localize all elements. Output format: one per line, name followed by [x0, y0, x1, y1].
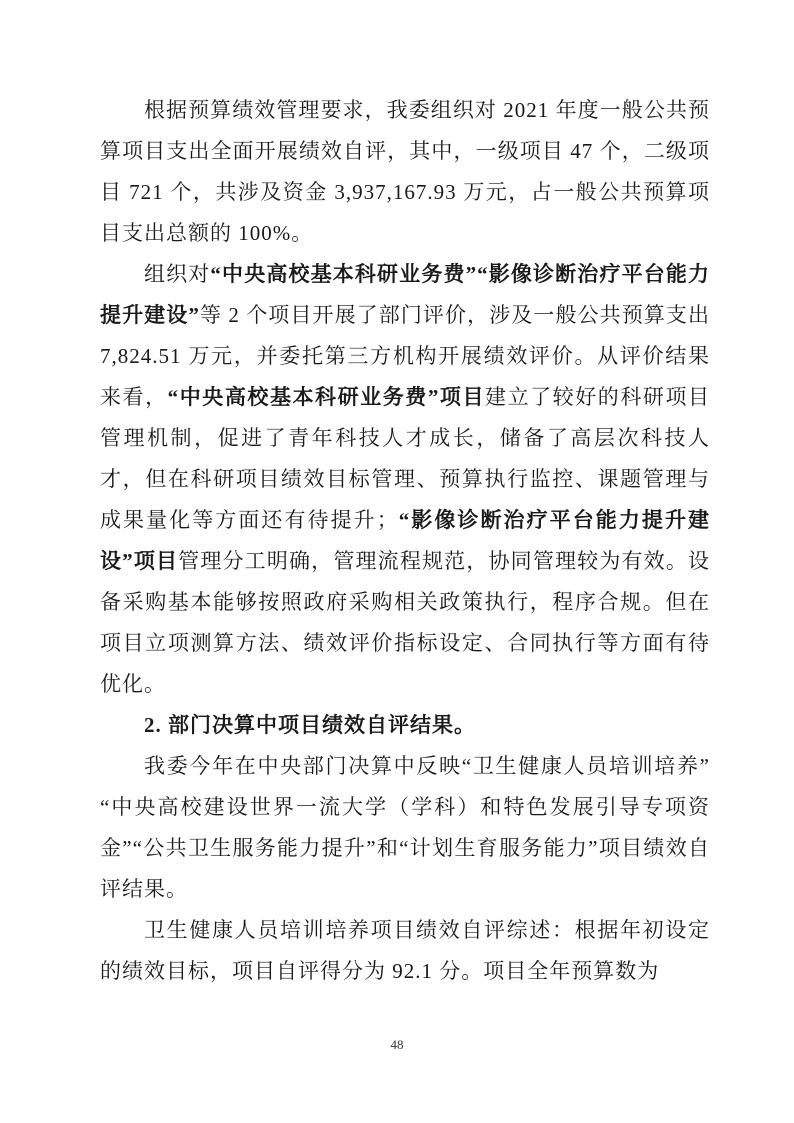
heading-text: 2. 部门决算中项目绩效自评结果。 — [144, 713, 476, 737]
paragraph-department-evaluation: 组织对“中央高校基本科研业务费”“影像诊断治疗平台能力提升建设”等 2 个项目开… — [100, 254, 710, 705]
page-number: 48 — [0, 1036, 794, 1054]
text-run: 根据预算绩效管理要求，我委组织对 2021 年度一般公共预算项目支出全面开展绩效… — [100, 98, 710, 245]
paragraph-overall-self-evaluation: 根据预算绩效管理要求，我委组织对 2021 年度一般公共预算项目支出全面开展绩效… — [100, 90, 710, 254]
document-body: 根据预算绩效管理要求，我委组织对 2021 年度一般公共预算项目支出全面开展绩效… — [100, 90, 710, 992]
text-run-bold-research-fund-project: “中央高校基本科研业务费”项目 — [168, 385, 485, 409]
text-run: 卫生健康人员培训培养项目绩效自评综述：根据年初设定的绩效目标，项目自评得分为 9… — [100, 918, 710, 983]
text-run: 我委今年在中央部门决算中反映“卫生健康人员培训培养”“中央高校建设世界一流大学（… — [100, 754, 710, 901]
text-run: 管理分工明确，管理流程规范，协同管理较为有效。设备采购基本能够按照政府采购相关政… — [100, 549, 710, 696]
document-page: 根据预算绩效管理要求，我委组织对 2021 年度一般公共预算项目支出全面开展绩效… — [0, 0, 794, 1123]
heading-final-accounts-self-evaluation-results: 2. 部门决算中项目绩效自评结果。 — [100, 705, 710, 746]
text-run: 组织对 — [144, 262, 210, 286]
paragraph-final-accounts-projects: 我委今年在中央部门决算中反映“卫生健康人员培训培养”“中央高校建设世界一流大学（… — [100, 746, 710, 910]
paragraph-health-personnel-training-summary: 卫生健康人员培训培养项目绩效自评综述：根据年初设定的绩效目标，项目自评得分为 9… — [100, 910, 710, 992]
